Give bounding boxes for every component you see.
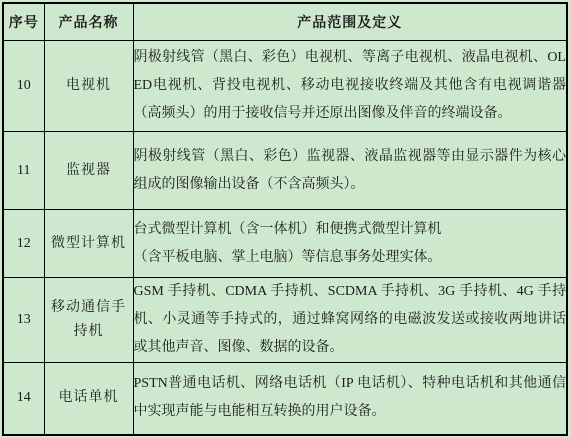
product-name: 移动通信手持机 <box>44 278 133 363</box>
header-product-name: 产品名称 <box>44 3 133 41</box>
row-index: 14 <box>3 363 44 435</box>
table-row: 11 监视器 阴极射线管（黑白、彩色）监视器、液晶监视器等由显示器件为核心组成的… <box>3 132 567 210</box>
row-index: 10 <box>3 41 44 132</box>
product-definition-table: 序号 产品名称 产品范围及定义 10 电视机 阴极射线管（黑白、彩色）电视机、等… <box>2 2 568 436</box>
product-name: 电话单机 <box>44 363 133 435</box>
product-definition-table-container: 序号 产品名称 产品范围及定义 10 电视机 阴极射线管（黑白、彩色）电视机、等… <box>2 2 568 436</box>
table-row: 10 电视机 阴极射线管（黑白、彩色）电视机、等离子电视机、液晶电视机、OLED… <box>3 41 567 132</box>
row-index: 13 <box>3 278 44 363</box>
table-row: 14 电话单机 PSTN普通电话机、网络电话机（IP 电话机）、特种电话机和其他… <box>3 363 567 435</box>
product-definition: 台式微型计算机（含一体机）和便携式微型计算机 （含平板电脑、掌上电脑）等信息事务… <box>133 210 567 278</box>
table-row: 13 移动通信手持机 GSM 手持机、CDMA 手持机、SCDMA 手持机、3G… <box>3 278 567 363</box>
header-row: 序号 产品名称 产品范围及定义 <box>3 3 567 41</box>
product-definition: 阴极射线管（黑白、彩色）电视机、等离子电视机、液晶电视机、OLED电视机、背投电… <box>133 41 567 132</box>
header-definition: 产品范围及定义 <box>133 3 567 41</box>
product-definition: GSM 手持机、CDMA 手持机、SCDMA 手持机、3G 手持机、4G 手持机… <box>133 278 567 363</box>
product-name: 电视机 <box>44 41 133 132</box>
product-name: 微型计算机 <box>44 210 133 278</box>
product-definition: PSTN普通电话机、网络电话机（IP 电话机）、特种电话机和其他通信中实现声能与… <box>133 363 567 435</box>
product-definition: 阴极射线管（黑白、彩色）监视器、液晶监视器等由显示器件为核心组成的图像输出设备（… <box>133 132 567 210</box>
product-name: 监视器 <box>44 132 133 210</box>
row-index: 12 <box>3 210 44 278</box>
row-index: 11 <box>3 132 44 210</box>
header-index: 序号 <box>3 3 44 41</box>
table-row: 12 微型计算机 台式微型计算机（含一体机）和便携式微型计算机 （含平板电脑、掌… <box>3 210 567 278</box>
